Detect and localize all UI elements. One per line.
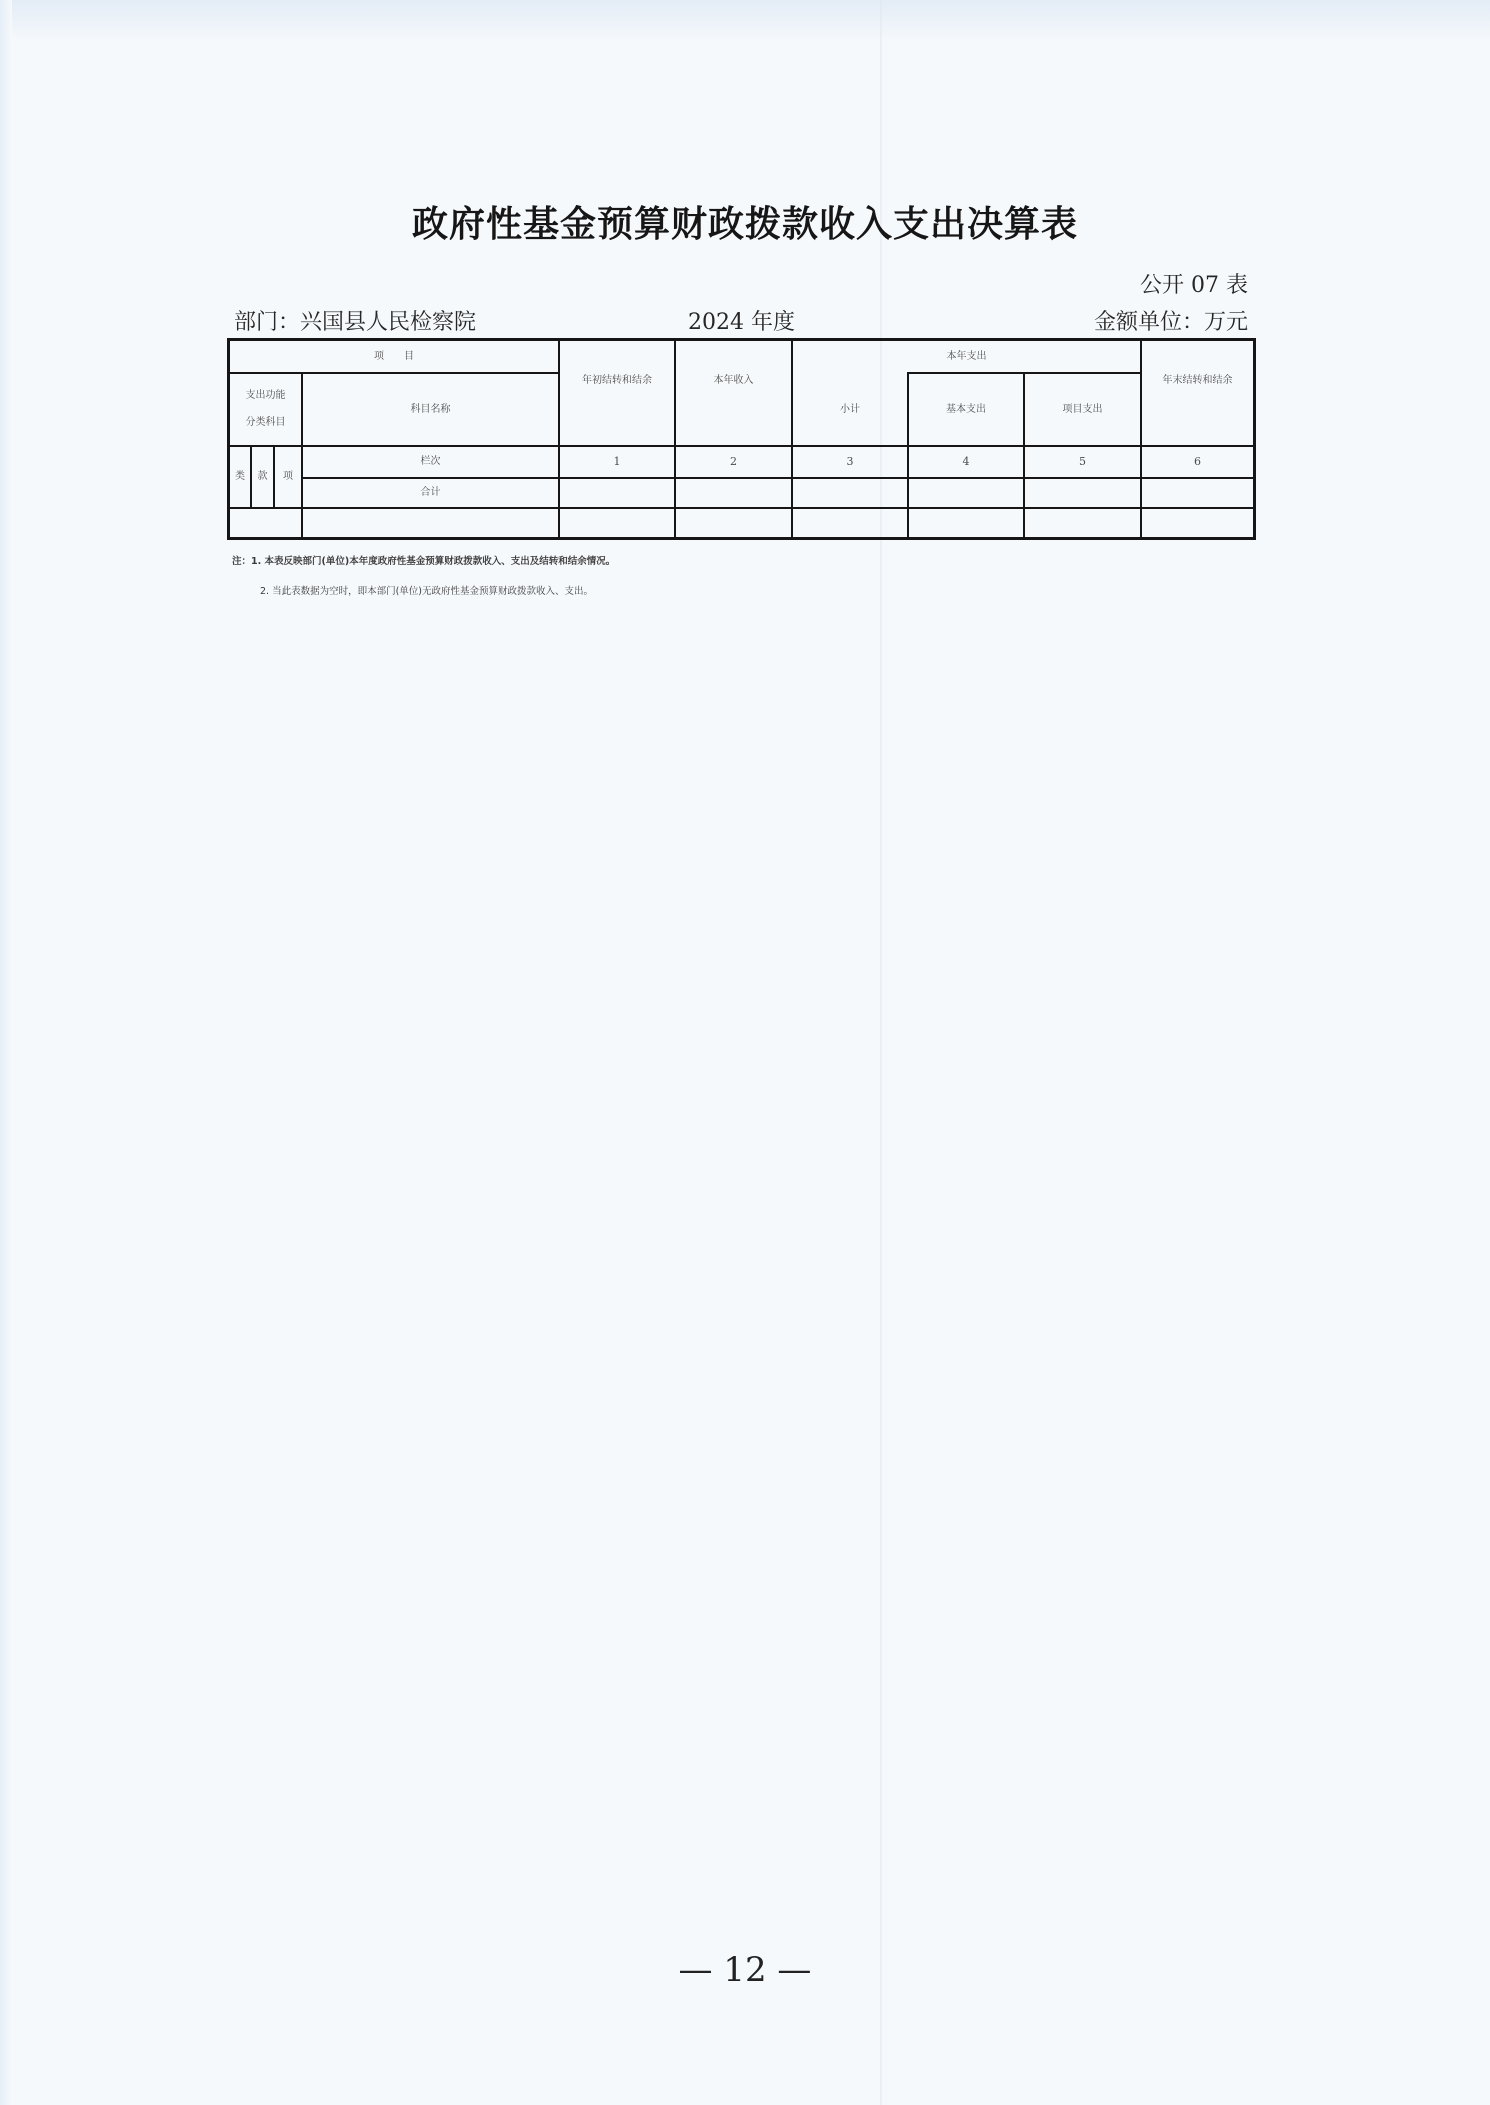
header-func-class-line2: 分类科目 <box>246 417 286 429</box>
column-index-1: 1 <box>560 447 674 477</box>
header-func-class-line1: 支出功能 <box>246 390 286 402</box>
table-row-name <box>303 509 558 537</box>
header-item: 项 目 <box>230 341 558 372</box>
table-row-code <box>230 509 301 537</box>
column-index-3: 3 <box>793 447 907 477</box>
column-index-6: 6 <box>1142 447 1253 477</box>
header-kuan: 款 <box>252 447 273 507</box>
table-row-value-5 <box>1025 509 1140 537</box>
table-row-value-3 <box>793 509 907 537</box>
total-value-3 <box>793 479 907 507</box>
table-row-value-2 <box>676 509 791 537</box>
total-value-1 <box>560 479 674 507</box>
header-subtotal: 小计 <box>793 374 907 445</box>
header-subject-name: 科目名称 <box>303 374 558 445</box>
note-1: 注：1. 本表反映部门(单位)本年度政府性基金预算财政拨款收入、支出及结转和结余… <box>232 553 615 567</box>
amount-unit: 金额单位：万元 <box>1094 305 1248 336</box>
note-2: 2. 当此表数据为空时，即本部门(单位)无政府性基金预算财政拨款收入、支出。 <box>260 583 593 597</box>
document-title: 政府性基金预算财政拨款收入支出决算表 <box>0 196 1490 247</box>
column-index-2: 2 <box>676 447 791 477</box>
document-meta: 部门：兴国县人民检察院 2024 年度 金额单位：万元 <box>234 305 1248 335</box>
header-current-income: 本年收入 <box>676 341 791 421</box>
header-func-class: 支出功能 分类科目 <box>230 374 301 445</box>
header-xiang: 项 <box>275 447 301 507</box>
budget-table: 项 目 支出功能 分类科目 科目名称 年初结转和结余 本年收入 本年支出 小计 … <box>227 338 1256 540</box>
header-basic-expense: 基本支出 <box>909 374 1023 445</box>
total-value-6 <box>1142 479 1253 507</box>
total-value-5 <box>1025 479 1140 507</box>
header-project-expense: 项目支出 <box>1025 374 1140 445</box>
table-row-value-1 <box>560 509 674 537</box>
column-index-label: 栏次 <box>303 447 558 477</box>
total-value-4 <box>909 479 1023 507</box>
department-label: 部门：兴国县人民检察院 <box>234 305 476 336</box>
table-row-value-6 <box>1142 509 1253 537</box>
scan-edge-left <box>0 0 12 2105</box>
form-code: 公开 07 表 <box>1140 268 1248 299</box>
column-index-5: 5 <box>1025 447 1140 477</box>
scan-edge-top <box>0 0 1490 42</box>
column-index-4: 4 <box>909 447 1023 477</box>
header-ending-balance: 年末结转和结余 <box>1142 341 1253 421</box>
header-current-expense: 本年支出 <box>793 341 1140 372</box>
header-lei: 类 <box>230 447 250 507</box>
fiscal-year: 2024 年度 <box>688 305 795 336</box>
total-value-2 <box>676 479 791 507</box>
table-row-value-4 <box>909 509 1023 537</box>
page-number: — 12 — <box>0 1950 1490 1990</box>
header-beginning-balance: 年初结转和结余 <box>560 341 674 421</box>
total-label: 合计 <box>303 479 558 507</box>
